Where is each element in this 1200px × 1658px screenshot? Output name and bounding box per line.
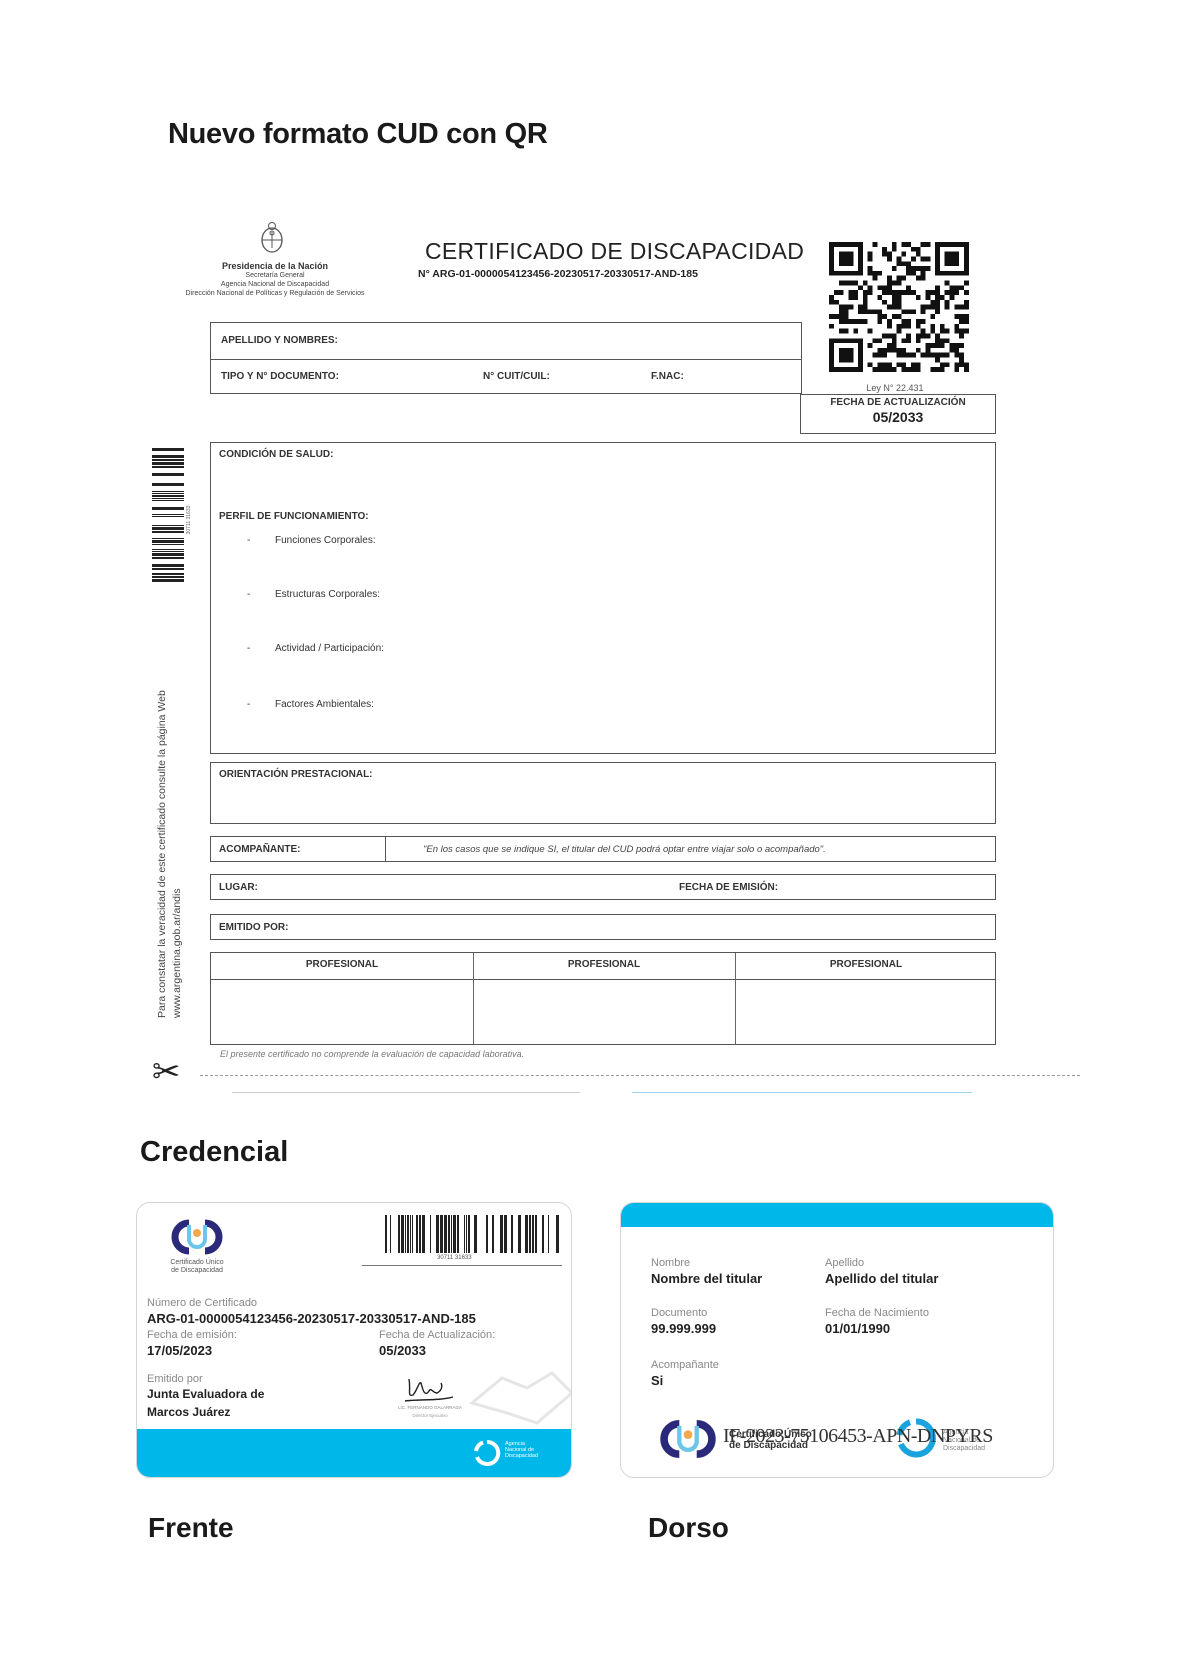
cert-number-label: Número de Certificado	[147, 1297, 257, 1309]
org-line: Presidencia de la Nación	[140, 262, 410, 271]
issue-date-value: 17/05/2023	[147, 1343, 212, 1358]
org-line: Dirección Nacional de Políticas y Regula…	[140, 289, 410, 298]
credential-card-front: Certificado Único de Discapacidad 30711 …	[136, 1202, 572, 1478]
argentina-coat-of-arms-icon	[258, 220, 286, 254]
issued-by-value: Junta Evaluadora de	[147, 1387, 264, 1401]
orientation-label: ORIENTACIÓN PRESTACIONAL:	[219, 769, 373, 780]
back-caption: Dorso	[648, 1512, 729, 1544]
credential-card-back: Nombre Nombre del titular Apellido Apell…	[620, 1202, 1054, 1478]
professional-header: PROFESIONAL	[735, 959, 997, 970]
verification-url[interactable]: www.argentina.gob.ar/andis	[170, 690, 185, 1018]
update-date-label: Fecha de Actualización:	[379, 1329, 495, 1341]
issued-by-value: Marcos Juárez	[147, 1405, 230, 1419]
companion-value: Si	[651, 1373, 663, 1388]
issuing-organization: Presidencia de la Nación Secretaría Gene…	[140, 262, 410, 298]
document-stamp-overlay: IF-2023-75106453-APN-DNPYRS	[723, 1425, 993, 1448]
front-caption: Frente	[148, 1512, 234, 1544]
profile-item: Actividad / Participación:	[275, 643, 384, 654]
profile-item: Funciones Corporales:	[275, 535, 376, 546]
document-label: Documento	[651, 1307, 707, 1319]
cud-logo-icon	[163, 1219, 231, 1255]
page-title: Nuevo formato CUD con QR	[168, 118, 548, 151]
barcode-number: 30711 31633	[437, 1255, 472, 1261]
health-box: CONDICIÓN DE SALUD: PERFIL DE FUNCIONAMI…	[210, 442, 996, 754]
qr-code-icon[interactable]	[828, 242, 970, 372]
birth-date-value: 01/01/1990	[825, 1321, 890, 1336]
cud-logo-icon	[651, 1419, 725, 1459]
update-date-label: FECHA DE ACTUALIZACIÓN	[801, 397, 995, 408]
orientation-box: ORIENTACIÓN PRESTACIONAL:	[210, 762, 996, 824]
place-box: LUGAR: FECHA DE EMISIÓN:	[210, 874, 996, 900]
brand-header-bar	[621, 1203, 1053, 1227]
disclaimer: El presente certificado no comprende la …	[220, 1049, 524, 1059]
certificate-title: CERTIFICADO DE DISCAPACIDAD	[425, 238, 804, 265]
birth-date-label: F.NAC:	[651, 371, 684, 382]
profile-item: Estructuras Corporales:	[275, 589, 380, 600]
verification-text: Para constatar la veracidad de este cert…	[155, 690, 170, 1018]
cud-logo-caption: Certificado Único de Discapacidad	[151, 1259, 243, 1275]
signatory-role: Director Ejecutivo	[385, 1413, 475, 1418]
companion-box: ACOMPAÑANTE: "En los casos que se indiqu…	[210, 836, 996, 862]
name-value: Nombre del titular	[651, 1271, 762, 1286]
svg-text:30711 31633: 30711 31633	[186, 505, 192, 534]
functioning-profile-label: PERFIL DE FUNCIONAMIENTO:	[219, 511, 369, 522]
cut-line	[200, 1075, 1080, 1076]
companion-label: Acompañante	[651, 1359, 719, 1371]
name-label: Nombre	[651, 1257, 690, 1269]
companion-note: "En los casos que se indique SI, el titu…	[423, 844, 826, 855]
identity-box: APELLIDO Y NOMBRES: TIPO Y N° DOCUMENTO:…	[210, 322, 802, 394]
signature-icon	[399, 1371, 459, 1405]
certificate-number: N° ARG-01-0000054123456-20230517-2033051…	[418, 268, 698, 280]
signatory-name: LIC. FERNANDO GALARRAGA	[385, 1405, 475, 1410]
surname-label: Apellido	[825, 1257, 864, 1269]
verification-note: Para constatar la veracidad de este cert…	[155, 690, 185, 1018]
cert-number-value: ARG-01-0000054123456-20230517-20330517-A…	[147, 1311, 476, 1326]
agency-name: Agencia Nacional de Discapacidad	[505, 1441, 538, 1459]
cuit-label: N° CUIT/CUIL:	[483, 371, 550, 382]
issued-by-label: Emitido por	[147, 1373, 203, 1385]
andis-logo-icon	[473, 1439, 501, 1467]
birth-date-label: Fecha de Nacimiento	[825, 1307, 929, 1319]
brand-footer-bar: Agencia Nacional de Discapacidad	[137, 1429, 571, 1477]
card-edge	[232, 1092, 580, 1093]
professionals-table: PROFESIONAL PROFESIONAL PROFESIONAL	[210, 952, 996, 1045]
scissors-icon: ✂	[152, 1055, 181, 1089]
org-line: Secretaría General	[140, 271, 410, 280]
health-condition-label: CONDICIÓN DE SALUD:	[219, 449, 333, 460]
issued-by-box: EMITIDO POR:	[210, 914, 996, 940]
update-date-value: 05/2033	[801, 409, 995, 425]
credential-heading: Credencial	[140, 1136, 288, 1169]
place-label: LUGAR:	[219, 882, 258, 893]
companion-label: ACOMPAÑANTE:	[219, 844, 300, 855]
professional-header: PROFESIONAL	[473, 959, 735, 970]
professional-header: PROFESIONAL	[211, 959, 473, 970]
profile-item: Factores Ambientales:	[275, 699, 374, 710]
issue-date-label: FECHA DE EMISIÓN:	[679, 882, 778, 893]
org-line: Agencia Nacional de Discapacidad	[140, 280, 410, 289]
document-label: TIPO Y N° DOCUMENTO:	[221, 371, 339, 382]
barcode-icon: 30711 31633	[152, 446, 192, 594]
barcode-icon	[385, 1215, 561, 1253]
issue-date-label: Fecha de emisión:	[147, 1329, 237, 1341]
handshake-watermark-icon	[467, 1343, 572, 1433]
document-value: 99.999.999	[651, 1321, 716, 1336]
law-reference: Ley N° 22.431	[820, 383, 970, 393]
update-date-box: FECHA DE ACTUALIZACIÓN 05/2033	[800, 394, 996, 434]
name-label: APELLIDO Y NOMBRES:	[221, 335, 338, 346]
surname-value: Apellido del titular	[825, 1271, 938, 1286]
card-edge	[632, 1092, 972, 1093]
issued-by-label: EMITIDO POR:	[219, 922, 288, 933]
update-date-value: 05/2033	[379, 1343, 426, 1358]
